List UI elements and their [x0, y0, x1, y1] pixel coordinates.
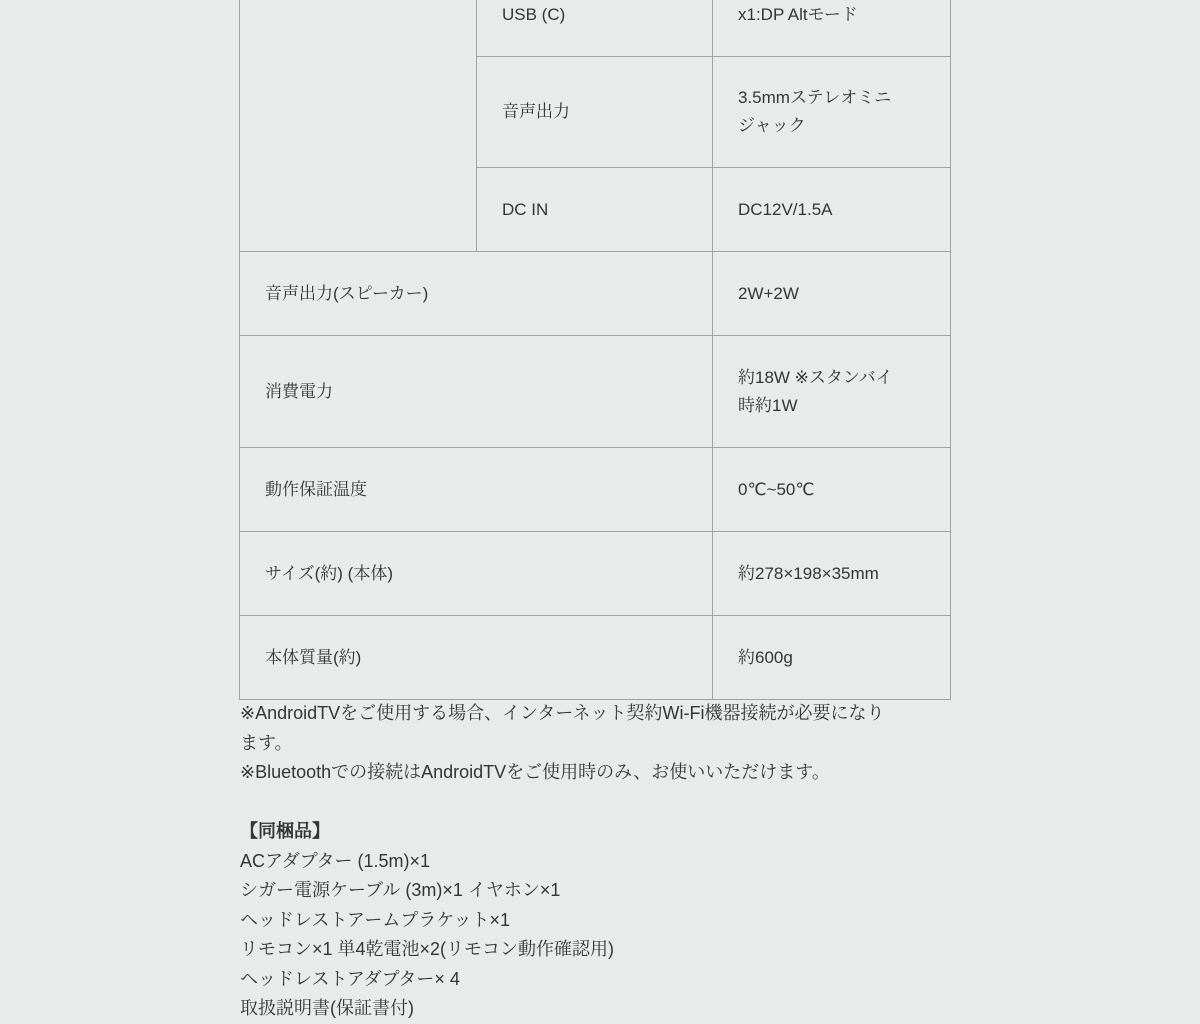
- spec-value-line: 約18W ※スタンバイ: [738, 364, 930, 392]
- spec-value-cell: 3.5mmステレオミニ ジャック: [713, 57, 951, 168]
- included-item: シガー電源ケーブル (3m)×1 イヤホン×1: [240, 876, 952, 906]
- spec-label-cell: 消費電力: [240, 336, 713, 448]
- note-line: ます。: [240, 729, 952, 759]
- spec-label-cell: 本体質量(約): [240, 616, 713, 700]
- spec-value-cell: 約18W ※スタンバイ 時約1W: [713, 336, 951, 448]
- spec-sublabel: USB (C): [502, 1, 692, 29]
- spec-label: サイズ(約) (本体): [265, 560, 692, 588]
- table-row: USB (C) x1:DP Altモード: [240, 0, 951, 57]
- spec-label: 音声出力(スピーカー): [265, 280, 692, 308]
- spec-label-cell: サイズ(約) (本体): [240, 532, 713, 616]
- spec-value-line: 0℃~50℃: [738, 476, 930, 504]
- spec-label: 消費電力: [265, 378, 692, 406]
- table-row: 動作保証温度 0℃~50℃: [240, 448, 951, 532]
- spec-label: 動作保証温度: [265, 476, 692, 504]
- table-row: 本体質量(約) 約600g: [240, 616, 951, 700]
- table-row: サイズ(約) (本体) 約278×198×35mm: [240, 532, 951, 616]
- spec-sublabel: 音声出力: [502, 98, 692, 126]
- spec-value-line: 約278×198×35mm: [738, 560, 930, 588]
- spec-value-cell: x1:DP Altモード: [713, 0, 951, 57]
- spec-value-cell: 2W+2W: [713, 252, 951, 336]
- table-row: 音声出力(スピーカー) 2W+2W: [240, 252, 951, 336]
- spec-value-line: ジャック: [738, 112, 930, 140]
- spec-label-cell: 音声出力(スピーカー): [240, 252, 713, 336]
- spec-group-cell: [240, 0, 477, 252]
- spec-sublabel-cell: USB (C): [477, 0, 713, 57]
- bottom-text-block: ※AndroidTVをご使用する場合、インターネット契約Wi-Fi機器接続が必要…: [240, 699, 952, 1024]
- spec-value-line: 3.5mmステレオミニ: [738, 84, 930, 112]
- spec-table: USB (C) x1:DP Altモード 音声出力 3.5mmステレオミニ ジャ…: [239, 0, 951, 700]
- spec-label: 本体質量(約): [265, 644, 692, 672]
- spec-value-cell: 0℃~50℃: [713, 448, 951, 532]
- included-item: ACアダプター (1.5m)×1: [240, 847, 952, 877]
- spec-value-cell: DC12V/1.5A: [713, 168, 951, 252]
- spec-value-line: 2W+2W: [738, 280, 930, 308]
- spec-value-cell: 約600g: [713, 616, 951, 700]
- included-item: 取扱説明書(保証書付): [240, 994, 952, 1024]
- spec-sublabel: DC IN: [502, 196, 692, 224]
- table-row: 消費電力 約18W ※スタンバイ 時約1W: [240, 336, 951, 448]
- note-line: ※AndroidTVをご使用する場合、インターネット契約Wi-Fi機器接続が必要…: [240, 699, 952, 729]
- spec-value-cell: 約278×198×35mm: [713, 532, 951, 616]
- included-item: リモコン×1 単4乾電池×2(リモコン動作確認用): [240, 935, 952, 965]
- included-item: ヘッドレストアームプラケット×1: [240, 906, 952, 936]
- spec-label-cell: 動作保証温度: [240, 448, 713, 532]
- spec-sublabel-cell: 音声出力: [477, 57, 713, 168]
- included-item: ヘッドレストアダプター× 4: [240, 965, 952, 995]
- blank-line: [240, 788, 952, 818]
- note-line: ※Bluetoothでの接続はAndroidTVをご使用時のみ、お使いいただけま…: [240, 758, 952, 788]
- included-items-heading: 【同梱品】: [240, 817, 952, 847]
- spec-value-line: DC12V/1.5A: [738, 196, 930, 224]
- spec-sublabel-cell: DC IN: [477, 168, 713, 252]
- spec-value-line: 時約1W: [738, 392, 930, 420]
- spec-value-line: 約600g: [738, 644, 930, 672]
- product-spec-page: USB (C) x1:DP Altモード 音声出力 3.5mmステレオミニ ジャ…: [0, 0, 1200, 1024]
- spec-value-line: x1:DP Altモード: [738, 1, 930, 29]
